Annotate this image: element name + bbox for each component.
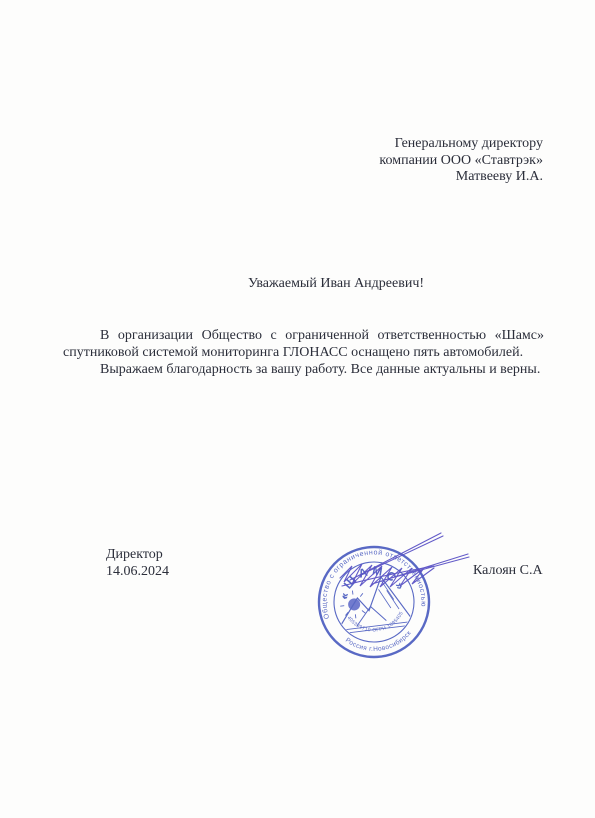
letter-body: В организации Общество с ограниченной от… [63,327,544,378]
recipient-line: компании ООО «Ставтрэк» [379,153,543,170]
signoff-block: Директор 14.06.2024 [106,547,169,580]
scanned-letter-page: Генеральному директору компании ООО «Ста… [0,0,595,818]
signer-title: Директор [106,547,169,564]
letter-date: 14.06.2024 [106,564,169,581]
body-paragraph-1: В организации Общество с ограниченной от… [63,327,544,361]
salutation-text: Уважаемый Иван Андреевич! [248,276,424,292]
recipient-line: Генеральному директору [379,136,543,153]
recipient-line: Матвееву И.А. [379,169,543,186]
recipient-block: Генеральному директору компании ООО «Ста… [379,136,543,186]
body-paragraph-2: Выражаем благодарность за вашу работу. В… [63,361,544,378]
handwritten-signature-icon [296,512,506,612]
